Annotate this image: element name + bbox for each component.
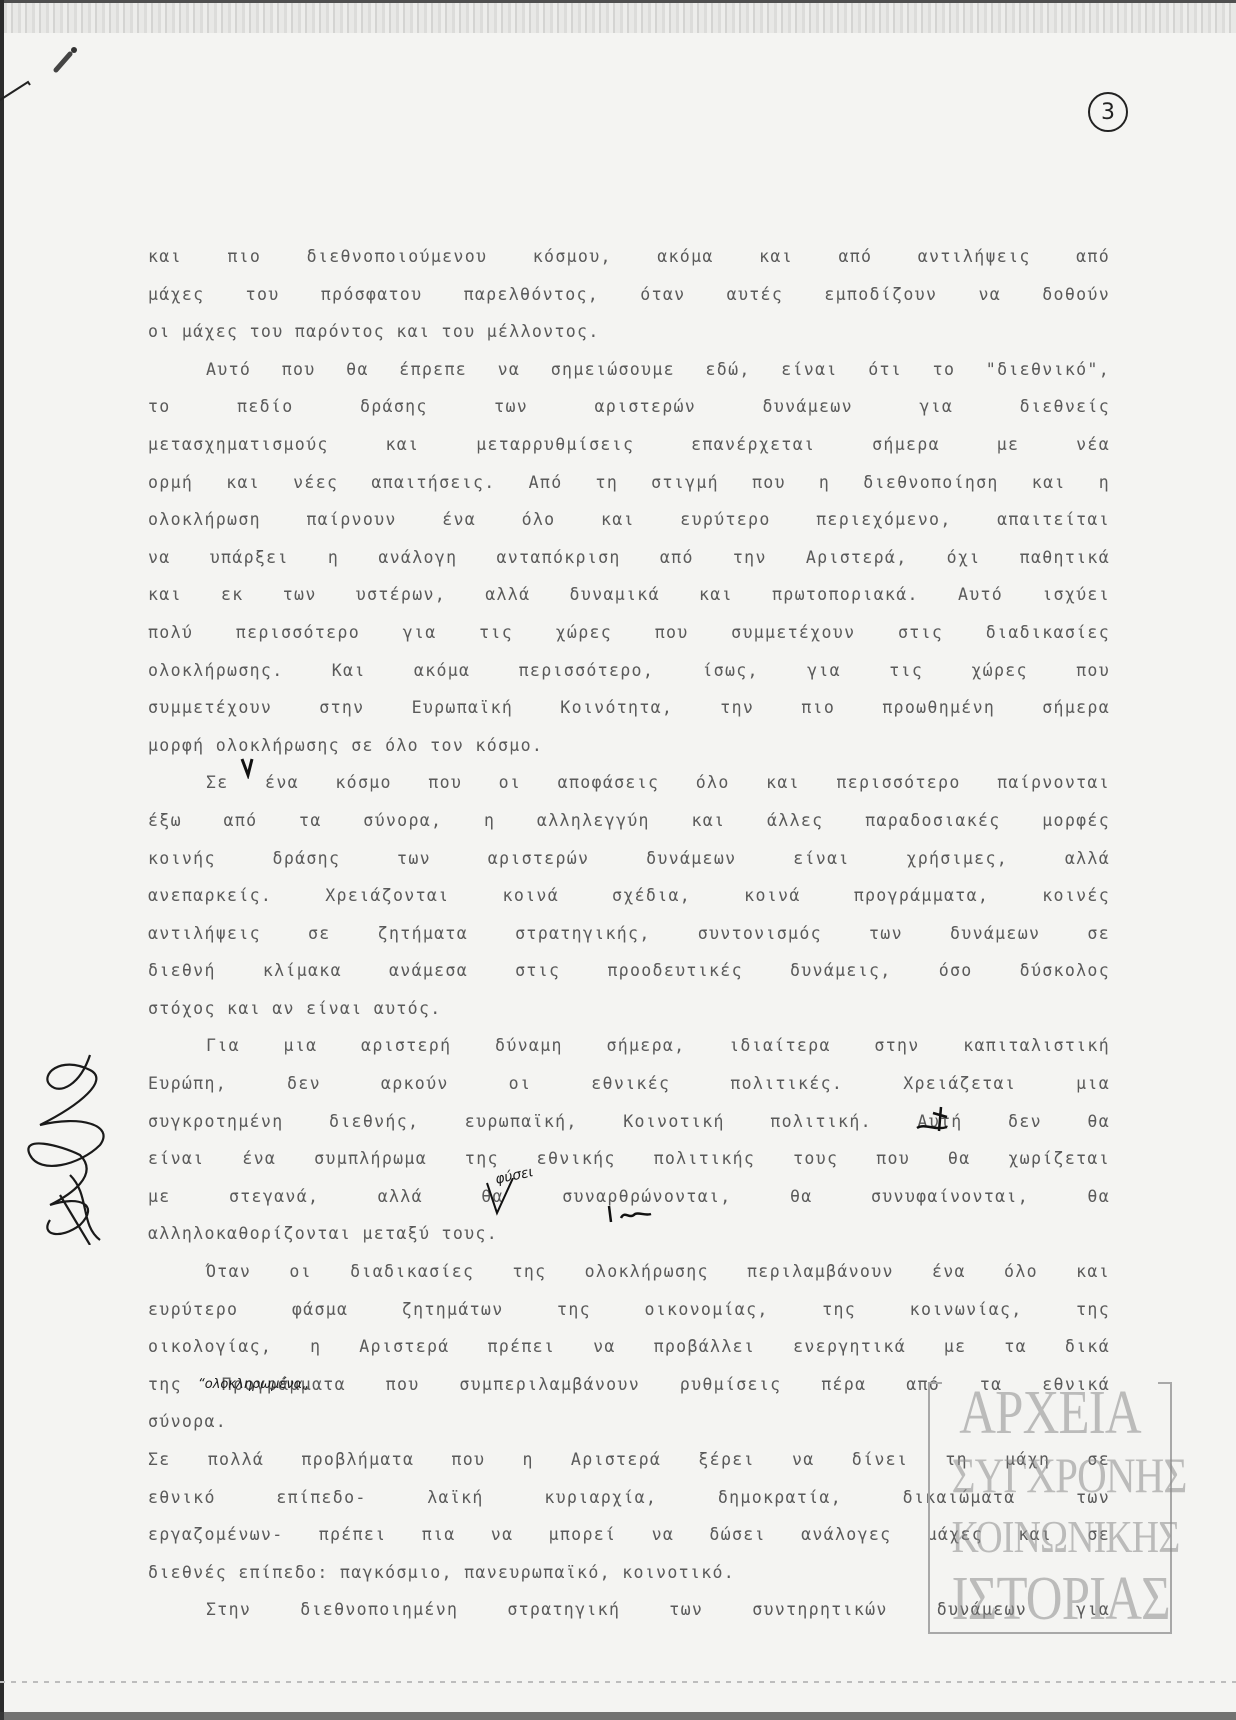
text-line: και εκ των υστέρων, αλλά δυναμικά και πρ… — [148, 576, 1110, 614]
scan-left-edge — [0, 0, 4, 1720]
text-line: το πεδίο δράσης των αριστερών δυνάμεων γ… — [148, 388, 1110, 426]
bottom-dotted-line — [0, 1681, 1236, 1683]
margin-scribble-icon — [20, 1045, 130, 1245]
text-line: στόχος και αν είναι αυτός. — [148, 990, 1110, 1028]
text-line: έξω από τα σύνορα, η αλληλεγγύη και άλλε… — [148, 802, 1110, 840]
scan-bottom-edge — [0, 1712, 1236, 1720]
text-line: Για μια αριστερή δύναμη σήμερα, ιδιαίτερ… — [148, 1027, 1110, 1065]
handwritten-check-icon — [238, 755, 258, 779]
text-line: ορμή και νέες απαιτήσεις. Από τη στιγμή … — [148, 464, 1110, 502]
text-line: συμμετέχουν στην Ευρωπαϊκή Κοινότητα, τη… — [148, 689, 1110, 727]
text-line: μορφή ολοκλήρωσης σε όλο τον κόσμο. — [148, 727, 1110, 765]
text-line: ολοκλήρωση παίρνουν ένα όλο και ευρύτερο… — [148, 501, 1110, 539]
text-line: Όταν οι διαδικασίες της ολοκλήρωσης περι… — [148, 1253, 1110, 1291]
text-line: ολοκλήρωσης. Και ακόμα περισσότερο, ίσως… — [148, 652, 1110, 690]
handwritten-mark-icon — [605, 1202, 655, 1226]
text-line: πολύ περισσότερο για τις χώρες που συμμε… — [148, 614, 1110, 652]
text-line: Σε ένα κόσμο που οι αποφάσεις όλο και πε… — [148, 764, 1110, 802]
text-line: ανεπαρκείς. Χρειάζονται κοινά σχέδια, κο… — [148, 877, 1110, 915]
text-line: να υπάρξει η ανάλογη ανταπόκριση από την… — [148, 539, 1110, 577]
text-line: συγκροτημένη διεθνής, ευρωπαϊκή, Κοινοτι… — [148, 1103, 1110, 1141]
text-line: κοινής δράσης των αριστερών δυνάμεων είν… — [148, 840, 1110, 878]
archive-stamp: ΑΡΧΕΙΑ ΣΥΓΧΡΟΝΗΣ ΚΟΙΝΩΝΙΚΗΣ ΙΣΤΟΡΙΑΣ — [928, 1382, 1172, 1634]
scan-top-strip — [4, 0, 1236, 33]
text-line: και πιο διεθνοποιούμενου κόσμου, ακόμα κ… — [148, 238, 1110, 276]
text-line: αντιλήψεις σε ζητήματα στρατηγικής, συντ… — [148, 915, 1110, 953]
text-line: Αυτό που θα έπρεπε να σημειώσουμε εδώ, ε… — [148, 351, 1110, 389]
text-line: μάχες του πρόσφατου παρελθόντος, όταν αυ… — [148, 276, 1110, 314]
text-line: διεθνή κλίμακα ανάμεσα στις προοδευτικές… — [148, 952, 1110, 990]
text-line: οι μάχες του παρόντος και του μέλλοντος. — [148, 313, 1110, 351]
text-line: Ευρώπη, δεν αρκούν οι εθνικές πολιτικές.… — [148, 1065, 1110, 1103]
handwritten-correction-icon — [915, 1103, 955, 1133]
page-number: 3 — [1088, 92, 1128, 132]
ink-blot-icon — [50, 40, 90, 80]
text-line: οικολογίας, η Αριστερά πρέπει να προβάλλ… — [148, 1328, 1110, 1366]
text-line: είναι ένα συμπλήρωμα της εθνικής πολιτικ… — [148, 1140, 1110, 1178]
text-line: ευρύτερο φάσμα ζητημάτων της οικονομίας,… — [148, 1291, 1110, 1329]
handwritten-insert-oloklirwmena: “ολοκληρωμένα„ — [198, 1377, 309, 1392]
text-line: μετασχηματισμούς και μεταρρυθμίσεις επαν… — [148, 426, 1110, 464]
insert-caret-icon — [485, 1178, 515, 1218]
